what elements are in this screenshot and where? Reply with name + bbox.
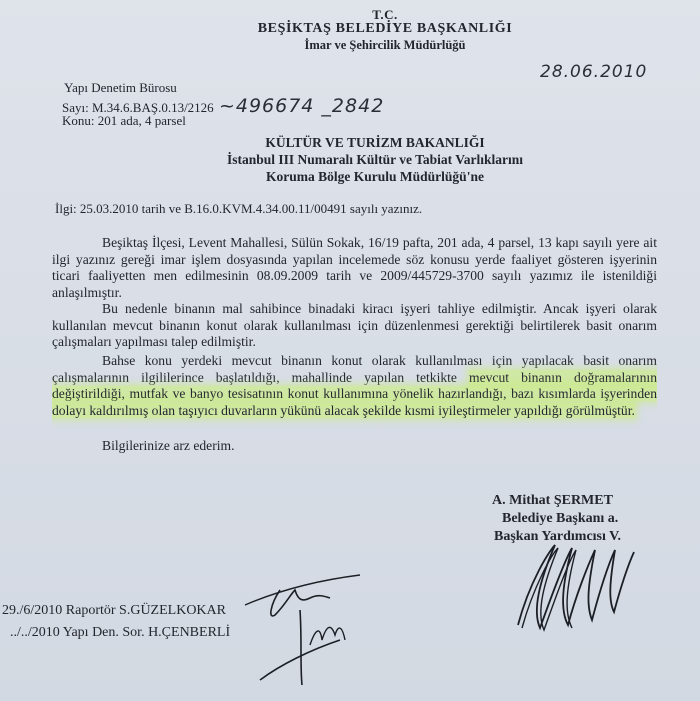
paragraph-1-text: Beşiktaş İlçesi, Levent Mahallesi, Sülün…	[52, 235, 657, 301]
official-letter: T.C. BEŞİKTAŞ BELEDİYE BAŞKANLIĞI İmar v…	[0, 0, 700, 701]
signature-initials	[240, 570, 370, 690]
paragraph-2-text: Bu nedenle binanın mal sahibince binadak…	[52, 301, 657, 351]
closing-line: Bilgilerinize arz ederim.	[102, 438, 234, 454]
header-directorate: İmar ve Şehircilik Müdürlüğü	[0, 38, 700, 53]
addressee-directorate: Koruma Bölge Kurulu Müdürlüğü'ne	[0, 169, 700, 185]
paragraph-1: Beşiktaş İlçesi, Levent Mahallesi, Sülün…	[52, 235, 657, 301]
subject: Konu: 201 ada, 4 parsel	[62, 113, 186, 129]
reference-line: İlgi: 25.03.2010 tarih ve B.16.0.KVM.4.3…	[55, 201, 422, 217]
paragraph-3: Bahse konu yerdeki mevcut binanın konut …	[52, 353, 657, 419]
document-number-handwritten: ~496674 _2842	[219, 95, 384, 117]
inspector-line: ../../2010 Yapı Den. Sor. H.ÇENBERLİ	[10, 625, 230, 641]
rapporteur-line: 29./6/2010 Raportör S.GÜZELKOKAR	[2, 603, 226, 619]
handwritten-date: 28.06.2010	[540, 62, 647, 82]
signature-deputy-mayor	[510, 540, 650, 640]
addressee-board: İstanbul III Numaralı Kültür ve Tabiat V…	[0, 152, 700, 168]
office-name: Yapı Denetim Bürosu	[64, 80, 177, 96]
addressee-ministry: KÜLTÜR VE TURİZM BAKANLIĞI	[0, 135, 700, 151]
paragraph-2: Bu nedenle binanın mal sahibince binadak…	[52, 301, 657, 351]
header-municipality: BEŞİKTAŞ BELEDİYE BAŞKANLIĞI	[0, 21, 700, 37]
signatory-title: Belediye Başkanı a.	[502, 510, 618, 528]
signatory-name: A. Mithat ŞERMET	[492, 492, 613, 510]
